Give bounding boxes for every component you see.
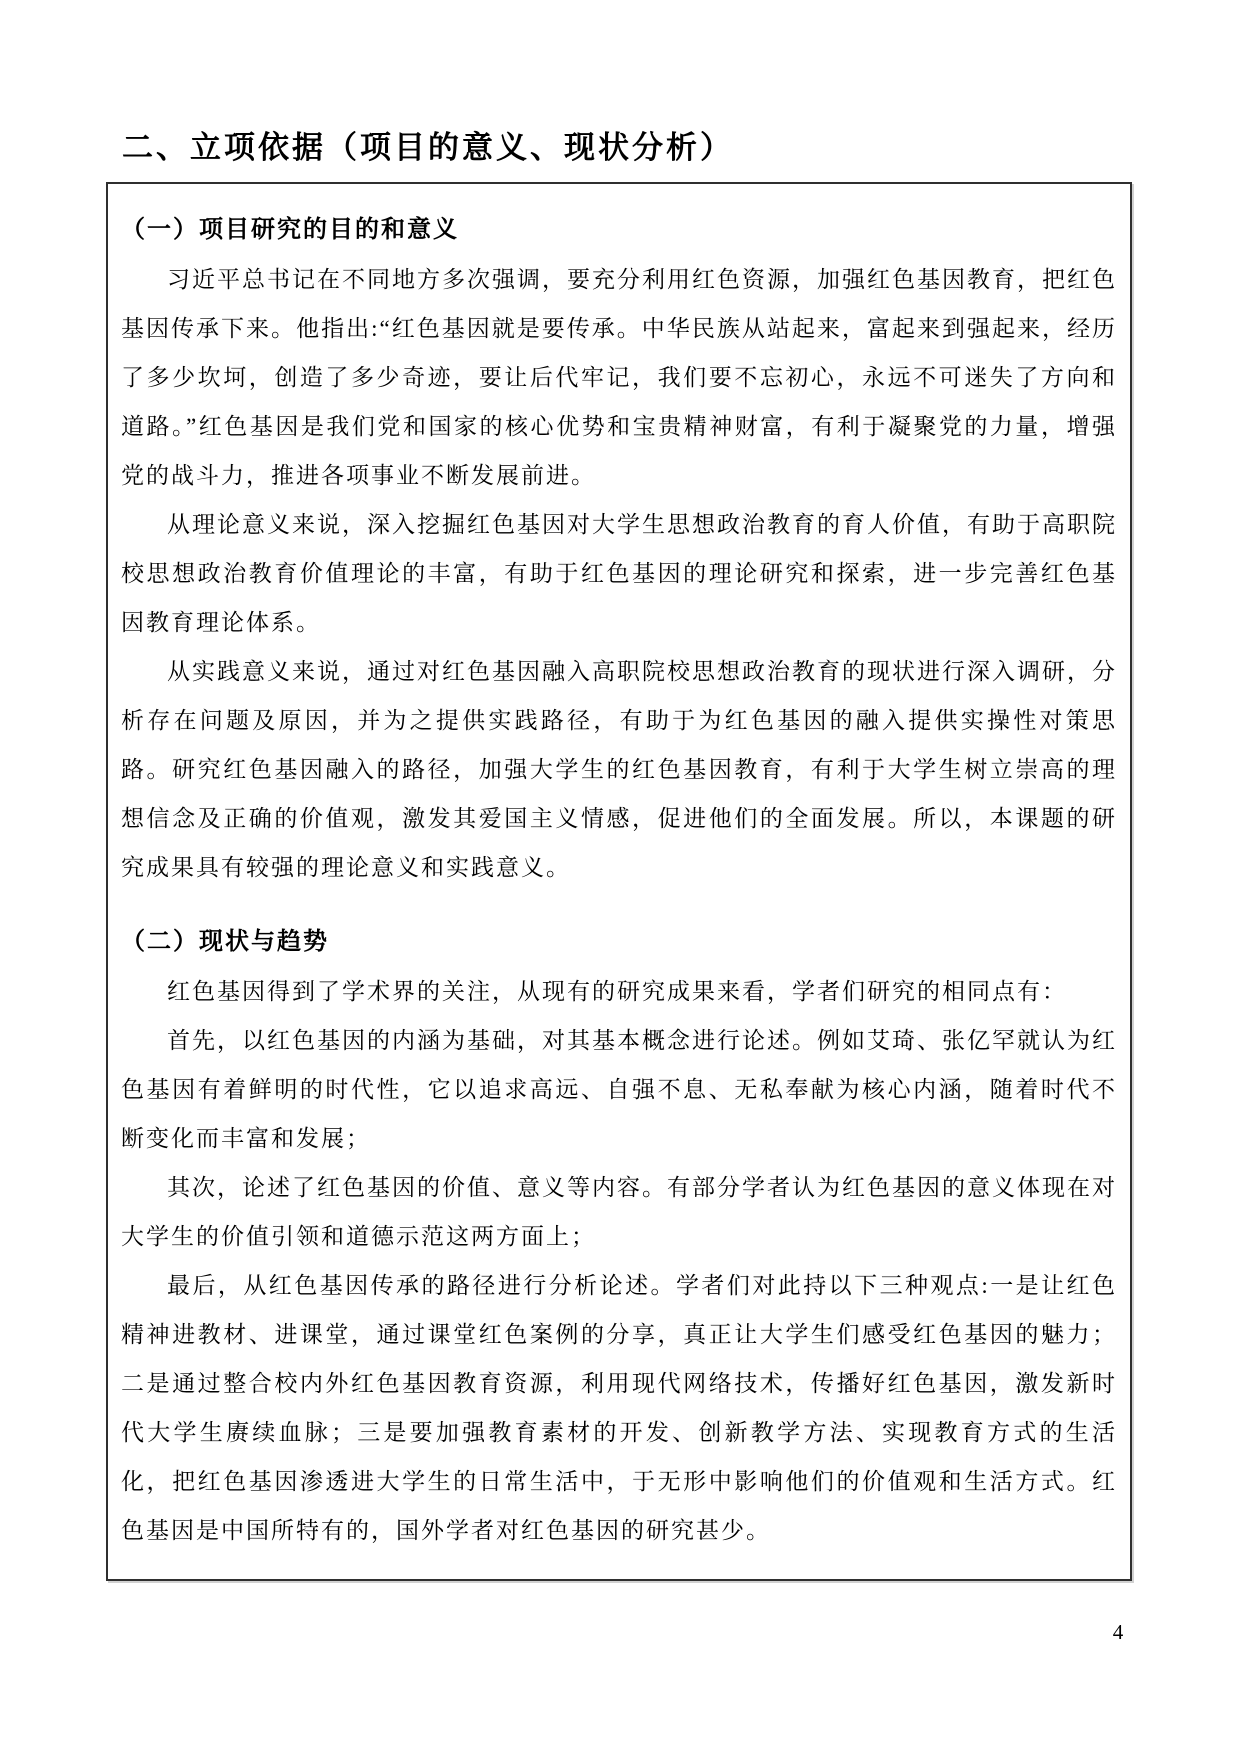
content-box: （一）项目研究的目的和意义 习近平总书记在不同地方多次强调，要充分利用红色资源，…: [106, 182, 1132, 1581]
section-1-paragraph: 从实践意义来说，通过对红色基因融入高职院校思想政治教育的现状进行深入调研，分析存…: [121, 647, 1117, 892]
document-page: 二、立项依据（项目的意义、现状分析） （一）项目研究的目的和意义 习近平总书记在…: [0, 0, 1240, 1753]
section-2-paragraph: 最后，从红色基因传承的路径进行分析论述。学者们对此持以下三种观点:一是让红色精神…: [121, 1261, 1117, 1555]
section-2-paragraph: 首先，以红色基因的内涵为基础，对其基本概念进行论述。例如艾琦、张亿罕就认为红色基…: [121, 1016, 1117, 1163]
section-2-heading: （二）现状与趋势: [121, 918, 1117, 967]
page-title: 二、立项依据（项目的意义、现状分析）: [122, 122, 734, 167]
section-1-paragraph: 从理论意义来说，深入挖掘红色基因对大学生思想政治教育的育人价值，有助于高职院校思…: [121, 500, 1117, 647]
section-2-paragraph: 其次，论述了红色基因的价值、意义等内容。有部分学者认为红色基因的意义体现在对大学…: [121, 1163, 1117, 1261]
section-1-paragraph: 习近平总书记在不同地方多次强调，要充分利用红色资源，加强红色基因教育，把红色基因…: [121, 255, 1117, 500]
page-number: 4: [1100, 1620, 1136, 1645]
section-1-heading: （一）项目研究的目的和意义: [121, 206, 1117, 255]
section-2-paragraph: 红色基因得到了学术界的关注，从现有的研究成果来看，学者们研究的相同点有：: [121, 967, 1117, 1016]
